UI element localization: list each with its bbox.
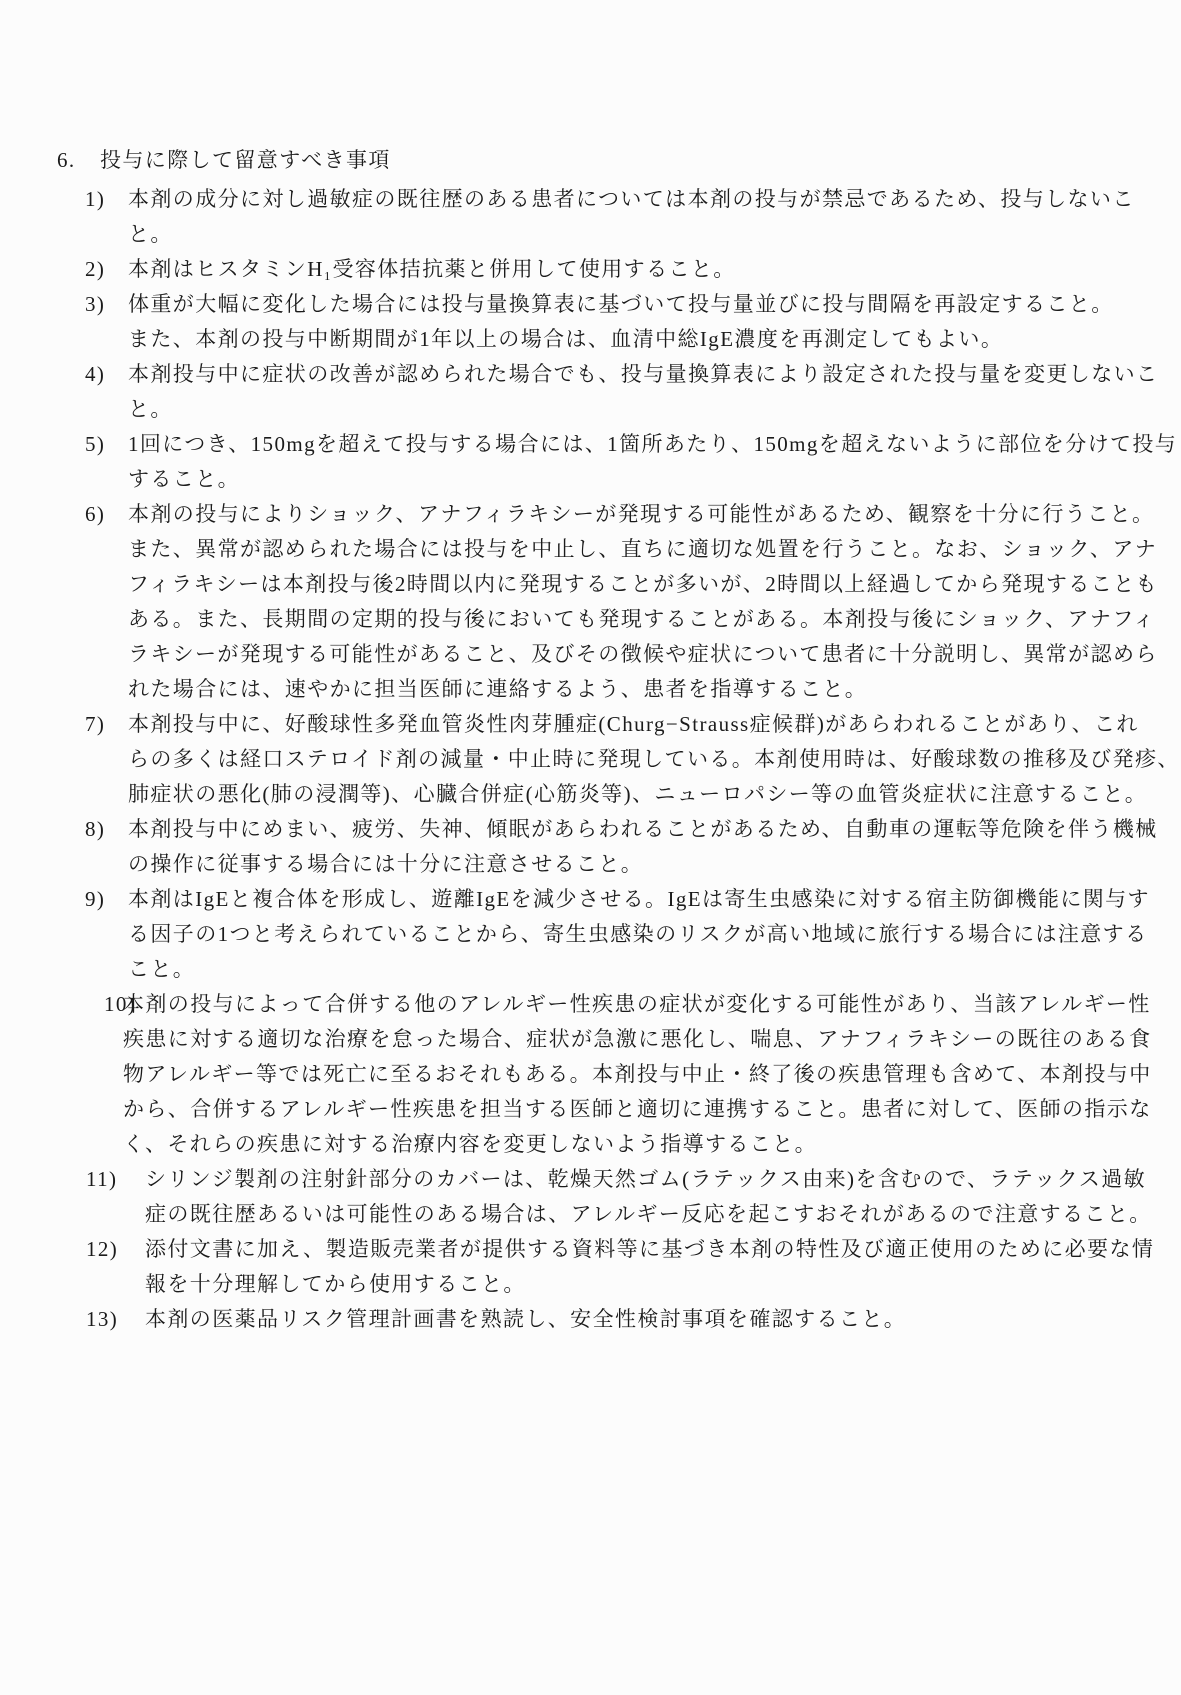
section-heading: 6.投与に際して留意すべき事項 (57, 143, 1181, 178)
text-line: く、それらの疾患に対する治療内容を変更しないよう指導すること。 (123, 1127, 1181, 1162)
text-line: 本剤投与中にめまい、疲労、失神、傾眠があらわれることがあるため、自動車の運転等危… (128, 812, 1181, 847)
document-page: 6.投与に際して留意すべき事項 1) 本剤の成分に対し過敏症の既往歴のある患者に… (0, 0, 1181, 1695)
text-line: から、合併するアレルギー性疾患を担当する医師と適切に連携すること。患者に対して、… (123, 1092, 1181, 1127)
list-item: 7) 本剤投与中に、好酸球性多発血管炎性肉芽腫症(Churg−Strauss症候… (0, 707, 1181, 812)
item-text: 1回につき、150mgを超えて投与する場合には、1箇所あたり、150mgを超えな… (128, 427, 1181, 497)
text-line: 本剤投与中に、好酸球性多発血管炎性肉芽腫症(Churg−Strauss症候群)が… (128, 707, 1181, 742)
text-line: 本剤はヒスタミンH₁受容体拮抗薬と併用して使用すること。 (128, 252, 1181, 287)
item-number: 1) (85, 182, 105, 217)
item-number: 12) (86, 1232, 118, 1267)
text-line: 物アレルギー等では死亡に至るおそれもある。本剤投与中止・終了後の疾患管理も含めて… (123, 1057, 1181, 1092)
text-line: シリンジ製剤の注射針部分のカバーは、乾燥天然ゴム(ラテックス由来)を含むので、ラ… (145, 1162, 1181, 1197)
text-line: 1回につき、150mgを超えて投与する場合には、1箇所あたり、150mgを超えな… (128, 427, 1181, 462)
item-text: 本剤投与中に症状の改善が認められた場合でも、投与量換算表により設定された投与量を… (128, 357, 1181, 427)
item-number: 11) (86, 1162, 117, 1197)
item-number: 7) (85, 707, 105, 742)
text-line: らの多くは経口ステロイド剤の減量・中止時に発現している。本剤使用時は、好酸球数の… (128, 742, 1181, 777)
text-line: 本剤の投与によりショック、アナフィラキシーが発現する可能性があるため、観察を十分… (128, 497, 1181, 532)
item-number: 13) (86, 1302, 118, 1337)
item-number: 8) (85, 812, 105, 847)
text-line: 本剤の投与によって合併する他のアレルギー性疾患の症状が変化する可能性があり、当該… (123, 987, 1181, 1022)
text-line: 本剤はIgEと複合体を形成し、遊離IgEを減少させる。IgEは寄生虫感染に対する… (128, 882, 1181, 917)
item-number: 2) (85, 252, 105, 287)
list-item: 12) 添付文書に加え、製造販売業者が提供する資料等に基づき本剤の特性及び適正使… (0, 1232, 1181, 1302)
text-line: また、異常が認められた場合には投与を中止し、直ちに適切な処置を行うこと。なお、シ… (128, 532, 1181, 567)
list-item: 4) 本剤投与中に症状の改善が認められた場合でも、投与量換算表により設定された投… (0, 357, 1181, 427)
text-line: の操作に従事する場合には十分に注意させること。 (128, 847, 1181, 882)
list-item: 13) 本剤の医薬品リスク管理計画書を熟読し、安全性検討事項を確認すること。 (0, 1302, 1181, 1337)
text-line: 添付文書に加え、製造販売業者が提供する資料等に基づき本剤の特性及び適正使用のため… (145, 1232, 1181, 1267)
text-line: ラキシーが発現する可能性があること、及びその徴候や症状について患者に十分説明し、… (128, 637, 1181, 672)
item-text: シリンジ製剤の注射針部分のカバーは、乾燥天然ゴム(ラテックス由来)を含むので、ラ… (145, 1162, 1181, 1232)
list-item: 11) シリンジ製剤の注射針部分のカバーは、乾燥天然ゴム(ラテックス由来)を含む… (0, 1162, 1181, 1232)
item-number: 4) (85, 357, 105, 392)
text-line: また、本剤の投与中断期間が1年以上の場合は、血清中総IgE濃度を再測定してもよい… (128, 322, 1181, 357)
text-line: 疾患に対する適切な治療を怠った場合、症状が急激に悪化し、喘息、アナフィラキシーの… (123, 1022, 1181, 1057)
item-text: 本剤投与中にめまい、疲労、失神、傾眠があらわれることがあるため、自動車の運転等危… (128, 812, 1181, 882)
text-line: れた場合には、速やかに担当医師に連絡するよう、患者を指導すること。 (128, 672, 1181, 707)
text-line: フィラキシーは本剤投与後2時間以内に発現することが多いが、2時間以上経過してから… (128, 567, 1181, 602)
text-line: ある。また、長期間の定期的投与後においても発現することがある。本剤投与後にショッ… (128, 602, 1181, 637)
list-item: 3) 体重が大幅に変化した場合には投与量換算表に基づいて投与量並びに投与間隔を再… (0, 287, 1181, 357)
text-line: と。 (128, 217, 1181, 252)
list-item: 8) 本剤投与中にめまい、疲労、失神、傾眠があらわれることがあるため、自動車の運… (0, 812, 1181, 882)
text-line: 肺症状の悪化(肺の浸潤等)、心臓合併症(心筋炎等)、ニューロパシー等の血管炎症状… (128, 777, 1181, 812)
items-list: 1) 本剤の成分に対し過敏症の既往歴のある患者については本剤の投与が禁忌であるた… (0, 182, 1181, 1337)
text-line: 症の既往歴あるいは可能性のある場合は、アレルギー反応を起こすおそれがあるので注意… (145, 1197, 1181, 1232)
item-number: 6) (85, 497, 105, 532)
text-line: 体重が大幅に変化した場合には投与量換算表に基づいて投与量並びに投与間隔を再設定す… (128, 287, 1181, 322)
text-line: 本剤の成分に対し過敏症の既往歴のある患者については本剤の投与が禁忌であるため、投… (128, 182, 1181, 217)
text-line: と。 (128, 392, 1181, 427)
text-line: すること。 (128, 462, 1181, 497)
item-text: 本剤の医薬品リスク管理計画書を熟読し、安全性検討事項を確認すること。 (145, 1302, 1181, 1337)
item-text: 添付文書に加え、製造販売業者が提供する資料等に基づき本剤の特性及び適正使用のため… (145, 1232, 1181, 1302)
text-line: る因子の1つと考えられていることから、寄生虫感染のリスクが高い地域に旅行する場合… (128, 917, 1181, 952)
list-item: 1) 本剤の成分に対し過敏症の既往歴のある患者については本剤の投与が禁忌であるた… (0, 182, 1181, 252)
text-line: こと。 (128, 952, 1181, 987)
item-number: 5) (85, 427, 105, 462)
item-text: 本剤の投与によりショック、アナフィラキシーが発現する可能性があるため、観察を十分… (128, 497, 1181, 707)
text-line: 本剤投与中に症状の改善が認められた場合でも、投与量換算表により設定された投与量を… (128, 357, 1181, 392)
list-item: 2) 本剤はヒスタミンH₁受容体拮抗薬と併用して使用すること。 (0, 252, 1181, 287)
list-item: 5) 1回につき、150mgを超えて投与する場合には、1箇所あたり、150mgを… (0, 427, 1181, 497)
item-number: 9) (85, 882, 105, 917)
item-text: 本剤投与中に、好酸球性多発血管炎性肉芽腫症(Churg−Strauss症候群)が… (128, 707, 1181, 812)
text-line: 報を十分理解してから使用すること。 (145, 1267, 1181, 1302)
item-number: 10) (104, 987, 136, 1022)
list-item: 6) 本剤の投与によりショック、アナフィラキシーが発現する可能性があるため、観察… (0, 497, 1181, 707)
item-number: 3) (85, 287, 105, 322)
section-number: 6. (57, 143, 81, 178)
list-item: 10) 本剤の投与によって合併する他のアレルギー性疾患の症状が変化する可能性があ… (0, 987, 1181, 1162)
item-text: 本剤はヒスタミンH₁受容体拮抗薬と併用して使用すること。 (128, 252, 1181, 287)
section-title: 投与に際して留意すべき事項 (100, 143, 391, 178)
item-text: 本剤の成分に対し過敏症の既往歴のある患者については本剤の投与が禁忌であるため、投… (128, 182, 1181, 252)
item-text: 本剤はIgEと複合体を形成し、遊離IgEを減少させる。IgEは寄生虫感染に対する… (128, 882, 1181, 987)
list-item: 9) 本剤はIgEと複合体を形成し、遊離IgEを減少させる。IgEは寄生虫感染に… (0, 882, 1181, 987)
item-text: 本剤の投与によって合併する他のアレルギー性疾患の症状が変化する可能性があり、当該… (123, 987, 1181, 1162)
item-text: 体重が大幅に変化した場合には投与量換算表に基づいて投与量並びに投与間隔を再設定す… (128, 287, 1181, 357)
text-line: 本剤の医薬品リスク管理計画書を熟読し、安全性検討事項を確認すること。 (145, 1302, 1181, 1337)
